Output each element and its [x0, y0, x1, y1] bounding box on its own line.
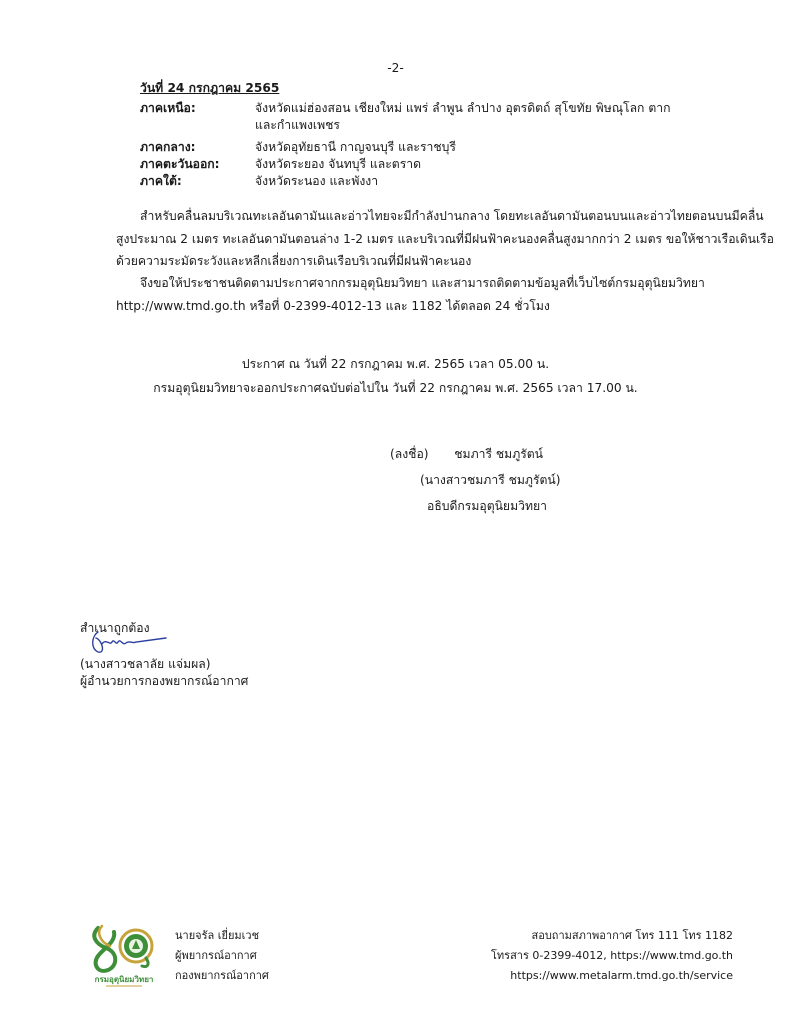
- paragraph-line: จึงขอให้ประชาชนติดตามประกาศจากกรมอุตุนิย…: [116, 272, 718, 295]
- forecaster-division: กองพยากรณ์อากาศ: [175, 967, 269, 985]
- forecaster-title: ผู้พยากรณ์อากาศ: [175, 947, 257, 965]
- date-heading: วันที่ 24 กรกฎาคม 2565: [140, 80, 279, 96]
- contact-metalarm-link[interactable]: https://www.metalarm.tmd.go.th/service: [510, 967, 733, 985]
- paragraph-line: สูงประมาณ 2 เมตร ทะเลอันดามันตอนล่าง 1-2…: [116, 228, 718, 251]
- document-page: -2- วันที่ 24 กรกฎาคม 2565 ภาคเหนือ: จัง…: [0, 0, 791, 1024]
- signatory-full-name: (นางสาวชมภารี ชมภูรัตน์): [420, 472, 561, 488]
- region-value: จังหวัดอุทัยธานี กาญจนบุรี และราชบุรี: [255, 139, 456, 155]
- region-label: ภาคใต้:: [140, 173, 182, 189]
- region-label: ภาคกลาง:: [140, 139, 196, 155]
- region-south: ภาคใต้: จังหวัดระนอง และพังงา: [140, 173, 700, 190]
- certified-copy-name: (นางสาวชลาลัย แจ่มผล): [80, 656, 210, 672]
- region-value: จังหวัดระยอง จันทบุรี และตราด: [255, 156, 421, 172]
- forecaster-name: นายจรัล เยี่ยมเวช: [175, 927, 259, 945]
- region-label: ภาคเหนือ:: [140, 100, 196, 116]
- announcement-issued: ประกาศ ณ วันที่ 22 กรกฎาคม พ.ศ. 2565 เวล…: [0, 356, 791, 372]
- paragraph-line: ด้วยความระมัดระวังและหลีกเลี่ยงการเดินเร…: [116, 250, 718, 273]
- svg-text:กรมอุตุนิยมวิทยา: กรมอุตุนิยมวิทยา: [95, 975, 154, 985]
- signatory-position: อธิบดีกรมอุตุนิยมวิทยา: [427, 498, 547, 514]
- signed-prefix: (ลงชื่อ): [390, 447, 429, 461]
- region-value-cont: และกำแพงเพชร: [255, 117, 340, 133]
- region-label: ภาคตะวันออก:: [140, 156, 220, 172]
- certified-copy-position: ผู้อำนวยการกองพยากรณ์อากาศ: [80, 673, 248, 689]
- contact-phone: สอบถามสภาพอากาศ โทร 111 โทร 1182: [532, 927, 734, 945]
- paragraph-line: สำหรับคลื่นลมบริเวณทะเลอันดามันและอ่าวไท…: [116, 205, 718, 228]
- paragraph-line: http://www.tmd.go.th หรือที่ 0-2399-4012…: [116, 295, 718, 318]
- region-east: ภาคตะวันออก: จังหวัดระยอง จันทบุรี และตร…: [140, 156, 700, 173]
- handwritten-signature: [88, 628, 168, 656]
- logo-icon: กรมอุตุนิยมวิทยา: [88, 918, 160, 990]
- signature-line: (ลงชื่อ) ชมภารี ชมภูรัตน์: [390, 446, 543, 462]
- contact-fax-website[interactable]: โทรสาร 0-2399-4012, https://www.tmd.go.t…: [491, 947, 733, 965]
- region-value: จังหวัดแม่ฮ่องสอน เชียงใหม่ แพร่ ลำพูน ล…: [255, 100, 670, 116]
- paragraph-waves: สำหรับคลื่นลมบริเวณทะเลอันดามันและอ่าวไท…: [116, 205, 718, 273]
- announcement-next: กรมอุตุนิยมวิทยาจะออกประกาศฉบับต่อไปใน ว…: [0, 380, 791, 396]
- paragraph-follow: จึงขอให้ประชาชนติดตามประกาศจากกรมอุตุนิย…: [116, 272, 718, 317]
- region-central: ภาคกลาง: จังหวัดอุทัยธานี กาญจนบุรี และร…: [140, 139, 700, 156]
- region-north: ภาคเหนือ: จังหวัดแม่ฮ่องสอน เชียงใหม่ แพ…: [140, 100, 700, 134]
- page-number: -2-: [0, 60, 791, 76]
- tmd-80th-anniversary-logo: กรมอุตุนิยมวิทยา: [88, 918, 160, 990]
- signed-name: ชมภารี ชมภูรัตน์: [454, 447, 543, 461]
- region-value: จังหวัดระนอง และพังงา: [255, 173, 378, 189]
